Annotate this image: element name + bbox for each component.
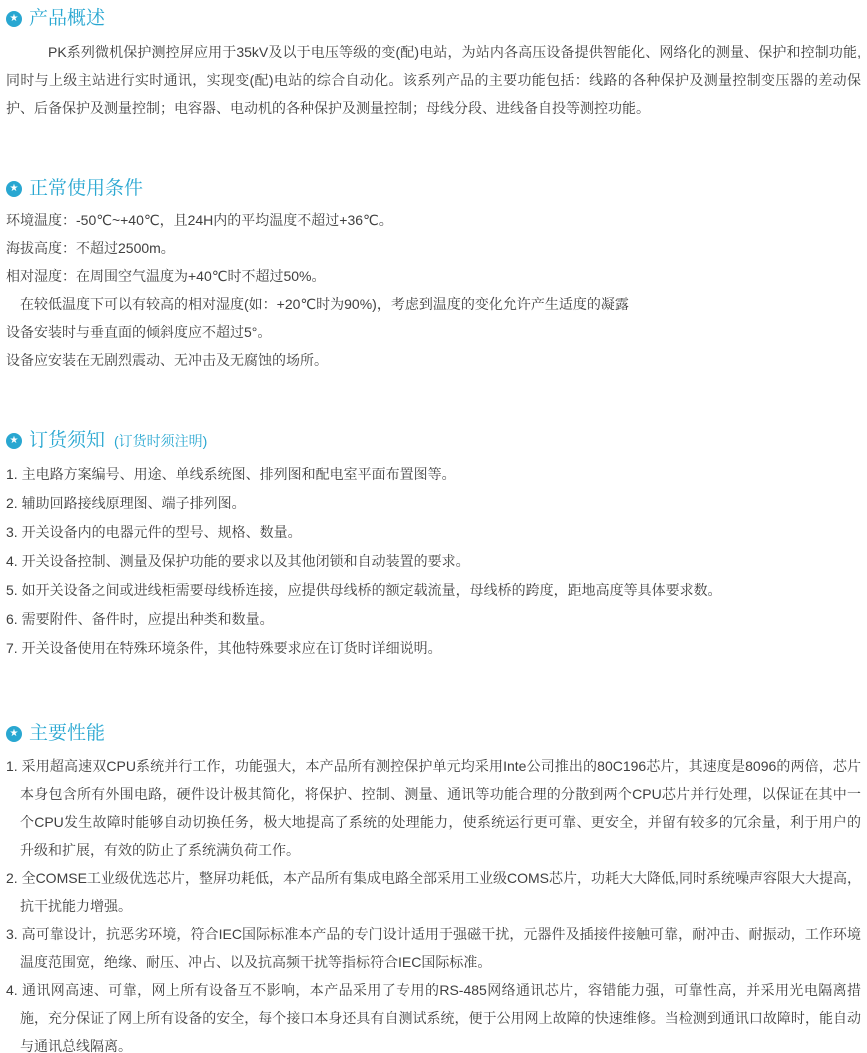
section-title-conditions: 正常使用条件 [29, 178, 143, 200]
ordering-item: 7. 开关设备使用在特殊环境条件，其他特殊要求应在订货时详细说明。 [6, 634, 861, 663]
performance-item: 3. 高可靠设计，抗恶劣环境，符合IEC国际标准本产品的专门设计适用于强磁干扰，… [6, 920, 861, 976]
condition-line-installation-tilt: 设备安装时与垂直面的倾斜度应不超过5°。 [6, 318, 861, 346]
section-usage-conditions: ★ 正常使用条件 环境温度：-50℃~+40℃，且24H内的平均温度不超过+36… [6, 178, 861, 374]
star-circle-icon: ★ [6, 181, 22, 197]
performance-item: 1. 采用超高速双CPU系统并行工作，功能强大，本产品所有测控保护单元均采用In… [6, 752, 861, 864]
section-heading-conditions: ★ 正常使用条件 [6, 178, 861, 200]
section-title-performance: 主要性能 [29, 723, 105, 745]
conditions-list: 环境温度：-50℃~+40℃，且24H内的平均温度不超过+36℃。 海拔高度：不… [6, 206, 861, 374]
section-title-overview: 产品概述 [29, 8, 105, 30]
ordering-item: 1. 主电路方案编号、用途、单线系统图、排列图和配电室平面布置图等。 [6, 460, 861, 489]
condition-line-ambient-temperature: 环境温度：-50℃~+40℃，且24H内的平均温度不超过+36℃。 [6, 206, 861, 234]
ordering-item: 4. 开关设备控制、测量及保护功能的要求以及其他闭锁和自动装置的要求。 [6, 547, 861, 576]
section-title-ordering: 订货须知 [29, 430, 105, 452]
overview-paragraph: PK系列微机保护测控屏应用于35kV及以于电压等级的变(配)电站，为站内各高压设… [6, 38, 861, 122]
product-catalog-page: ★ 产品概述 PK系列微机保护测控屏应用于35kV及以于电压等级的变(配)电站，… [0, 0, 867, 1053]
star-circle-icon: ★ [6, 433, 22, 449]
section-product-overview: ★ 产品概述 PK系列微机保护测控屏应用于35kV及以于电压等级的变(配)电站，… [6, 8, 861, 122]
section-heading-overview: ★ 产品概述 [6, 8, 861, 30]
performance-item: 2. 全COMSE工业级优选芯片，整屏功耗低，本产品所有集成电路全部采用工业级C… [6, 864, 861, 920]
ordering-item: 5. 如开关设备之间或进线柜需要母线桥连接，应提供母线桥的额定载流量，母线桥的跨… [6, 576, 861, 605]
section-heading-ordering: ★ 订货须知 (订货时须注明) [6, 430, 861, 452]
ordering-list: 1. 主电路方案编号、用途、单线系统图、排列图和配电室平面布置图等。 2. 辅助… [6, 460, 861, 663]
performance-item: 4. 通讯网高速、可靠，网上所有设备互不影响，本产品采用了专用的RS-485网络… [6, 976, 861, 1053]
section-heading-performance: ★ 主要性能 [6, 723, 861, 745]
section-ordering-notes: ★ 订货须知 (订货时须注明) 1. 主电路方案编号、用途、单线系统图、排列图和… [6, 430, 861, 663]
condition-line-relative-humidity: 相对湿度：在周围空气温度为+40℃时不超过50%。 [6, 262, 861, 290]
section-main-performance: ★ 主要性能 1. 采用超高速双CPU系统并行工作，功能强大，本产品所有测控保护… [6, 723, 861, 1053]
ordering-item: 2. 辅助回路接线原理图、端子排列图。 [6, 489, 861, 518]
star-circle-icon: ★ [6, 726, 22, 742]
ordering-item: 6. 需要附件、备件时，应提出种类和数量。 [6, 605, 861, 634]
condition-line-installation-site: 设备应安装在无剧烈震动、无冲击及无腐蚀的场所。 [6, 346, 861, 374]
section-subtitle-ordering: (订货时须注明) [114, 430, 207, 452]
star-circle-icon: ★ [6, 11, 22, 27]
performance-list: 1. 采用超高速双CPU系统并行工作，功能强大，本产品所有测控保护单元均采用In… [6, 752, 861, 1053]
ordering-item: 3. 开关设备内的电器元件的型号、规格、数量。 [6, 518, 861, 547]
condition-line-low-temperature-humidity: 在较低温度下可以有较高的相对湿度(如：+20℃时为90%)，考虑到温度的变化允许… [6, 290, 861, 318]
condition-line-altitude: 海拔高度：不超过2500m。 [6, 234, 861, 262]
